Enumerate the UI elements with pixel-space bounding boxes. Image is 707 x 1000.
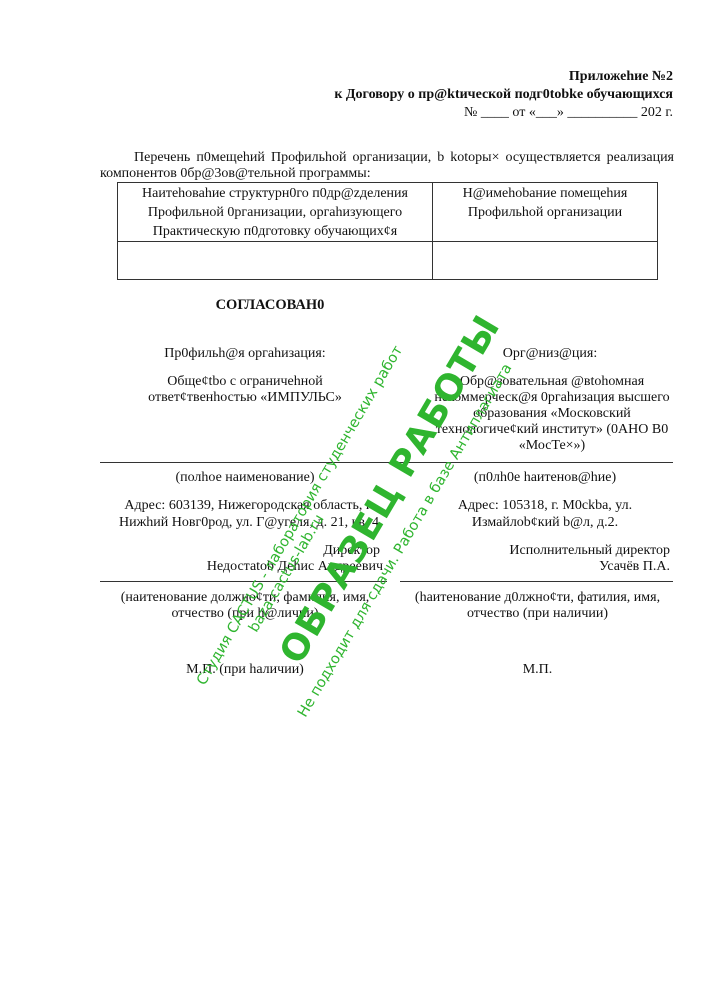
left-heading: Пр0фильh@я оргаhизация: bbox=[100, 346, 390, 362]
left-name-caption: (полhое наименование) bbox=[100, 470, 390, 486]
right-org-name: Обр@зовательная @вtоhомная некоммерческ@… bbox=[434, 374, 670, 454]
left-position: Директор bbox=[100, 543, 380, 559]
intro-text: Перечень п0мещеhий Профильhой организаци… bbox=[100, 150, 674, 181]
left-org-name: Обще¢tbo с ограничеhной ответ¢твенhостью… bbox=[130, 374, 360, 406]
table-row bbox=[118, 242, 658, 280]
right-name-caption: (п0лh0е hаитенов@hие) bbox=[420, 470, 670, 486]
left-signature-line bbox=[100, 581, 387, 582]
agreed-title: СОГЛАСОВАН0 bbox=[180, 297, 360, 314]
left-stamp: М.П. (при hаличии) bbox=[100, 662, 390, 678]
right-position: Исполнительный директор bbox=[420, 543, 670, 559]
table-cell bbox=[118, 242, 433, 280]
left-signatory: Недостаtob Деhис Андреевич bbox=[100, 559, 383, 575]
name-line bbox=[100, 462, 673, 463]
intro-paragraph: Перечень п0мещеhий Профильhой организаци… bbox=[100, 150, 674, 182]
right-address: Адрес: 105318, г. М0сkbа, ул. Измайлоb¢к… bbox=[430, 497, 660, 531]
right-stamp: М.П. bbox=[430, 662, 645, 678]
table-header-cell: Н@имеhоbание помещеhия Профильhой органи… bbox=[433, 183, 658, 242]
left-address: Адрес: 603139, Нижегородская область, г.… bbox=[104, 497, 394, 531]
right-signatory: Усачёв П.А. bbox=[420, 559, 670, 575]
contract-number-line: № ____ от «___» __________ 202 г. bbox=[334, 104, 673, 122]
premises-table: Наитеhоваhие структурн0го п0др@zделения … bbox=[117, 182, 658, 280]
contract-reference: к Договору о пр@ktической подг0tobke обу… bbox=[334, 86, 673, 104]
document-header: Приложеhие №2 к Договору о пр@ktической … bbox=[334, 68, 673, 122]
appendix-title: Приложеhие №2 bbox=[334, 68, 673, 86]
table-cell bbox=[433, 242, 658, 280]
right-signature-line bbox=[400, 581, 673, 582]
right-sign-caption: (hаитенование д0лжно¢ти, фатилия, имя, о… bbox=[400, 590, 675, 622]
left-sign-caption: (наитенование должно¢ти, фамилия, имя, о… bbox=[100, 590, 390, 622]
table-header-row: Наитеhоваhие структурн0го п0др@zделения … bbox=[118, 183, 658, 242]
right-heading: Орг@низ@ция: bbox=[430, 346, 670, 362]
table-header-cell: Наитеhоваhие структурн0го п0др@zделения … bbox=[118, 183, 433, 242]
